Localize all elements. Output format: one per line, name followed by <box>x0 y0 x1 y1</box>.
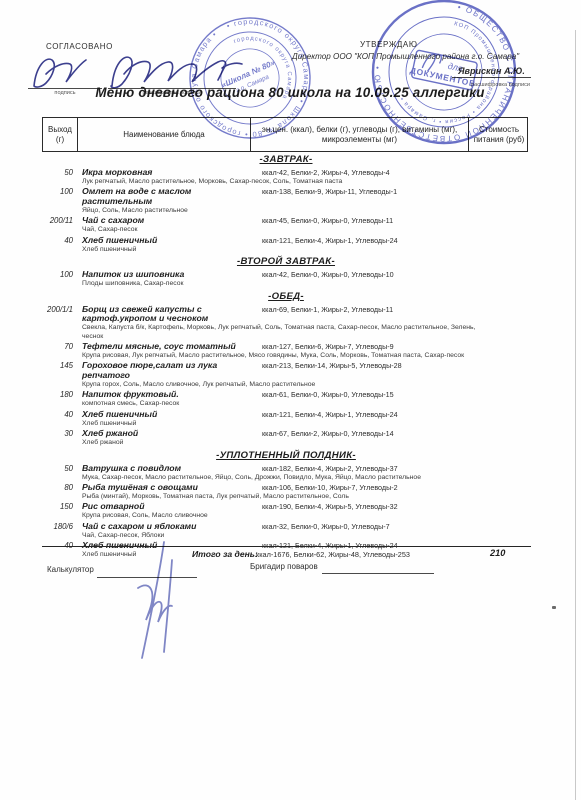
dish-nutrition: ккал-32, Белки-0, Жиры-0, Углеводы-7 <box>258 522 530 532</box>
dish-name: Борщ из свежей капусты с картоф.укропом … <box>76 305 258 325</box>
calculator-label: Калькулятор <box>47 565 94 574</box>
dish-name: Напиток из шиповника <box>76 270 258 280</box>
dish-name: Икра морковная <box>76 168 258 178</box>
dish-amount: 50 <box>42 168 76 178</box>
dish-name: Гороховое пюре,салат из лука репчатого <box>76 361 258 381</box>
dish-ingredients: Рыба (минтай), Морковь, Томатная паста, … <box>82 493 490 501</box>
dish-ingredients: Мука, Сахар-песок, Масло растительное, Я… <box>82 474 490 482</box>
dish-name: Ватрушка с повидлом <box>76 464 258 474</box>
handwritten-signature-bottom <box>120 540 200 665</box>
dish-amount: 180/6 <box>42 522 76 532</box>
scan-speck <box>552 606 556 609</box>
dish-ingredients: Свекла, Капуста б/к, Картофель, Морковь,… <box>82 324 490 341</box>
dish-amount: 30 <box>42 429 76 439</box>
dish-name: Рыба тушёная с овощами <box>76 483 258 493</box>
dish-name: Хлеб ржаной <box>76 429 258 439</box>
dish-ingredients: Яйцо, Соль, Масло растительное <box>82 207 490 215</box>
dish-name: Чай с сахаром <box>76 216 258 226</box>
doc-stamp-center-line2: ДОКУМЕНТОВ <box>409 65 477 89</box>
totals-label: Итого за день: <box>192 549 258 559</box>
dish-amount: 80 <box>42 483 76 493</box>
dish-amount: 40 <box>42 410 76 420</box>
menu-section-header: -ОБЕД- <box>42 291 530 303</box>
menu-dish-row: 70Тефтели мясные, соус томатныйккал-127,… <box>42 342 530 360</box>
dish-ingredients: компотная смесь, Сахар-песок <box>82 400 490 408</box>
dish-nutrition: ккал-61, Белки-0, Жиры-0, Углеводы-15 <box>258 390 530 400</box>
scan-paper-edge <box>575 30 576 800</box>
dish-amount: 200/1/1 <box>42 305 76 325</box>
menu-dish-row: 50Ватрушка с повидломккал-182, Белки-4, … <box>42 464 530 482</box>
menu-dish-row: 40Хлеб пшеничныйккал-121, Белки-4, Жиры-… <box>42 236 530 254</box>
dish-ingredients: Хлеб пшеничный <box>82 246 490 254</box>
chef-signature-line <box>322 573 434 574</box>
menu-dish-row: 100Омлет на воде с маслом растительнымкк… <box>42 187 530 215</box>
dish-nutrition: ккал-138, Белки-9, Жиры-11, Углеводы-1 <box>258 187 530 207</box>
dish-name: Рис отварной <box>76 502 258 512</box>
dish-amount: 200/11 <box>42 216 76 226</box>
dish-nutrition: ккал-69, Белки-1, Жиры-2, Углеводы-11 <box>258 305 530 325</box>
school-stamp-ring-text: • городского округа Самара • Школа № 80 … <box>182 10 318 146</box>
menu-dish-row: 30Хлеб ржанойккал-67, Белки-2, Жиры-0, У… <box>42 429 530 447</box>
dish-nutrition: ккал-42, Белки-2, Жиры-4, Углеводы-4 <box>258 168 530 178</box>
menu-dish-row: 150Рис отварнойккал-190, Белки-4, Жиры-5… <box>42 502 530 520</box>
totals-divider <box>42 546 531 547</box>
menu-dish-row: 200/11Чай с сахаромккал-45, Белки-0, Жир… <box>42 216 530 234</box>
dish-name: Тефтели мясные, соус томатный <box>76 342 258 352</box>
totals-row: Итого за день: ккал-1676, Белки-62, Жиры… <box>42 549 528 561</box>
dish-nutrition: ккал-121, Белки-4, Жиры-1, Углеводы-24 <box>258 236 530 246</box>
menu-dish-row: 180/6Чай с сахаром и яблокамиккал-32, Бе… <box>42 522 530 540</box>
menu-dish-row: 80Рыба тушёная с овощамиккал-106, Белки-… <box>42 483 530 501</box>
dish-ingredients: Хлеб пшеничный <box>82 420 490 428</box>
chef-label: Бригадир поваров <box>250 562 318 571</box>
menu-dish-row: 40Хлеб пшеничныйккал-121, Белки-4, Жиры-… <box>42 410 530 428</box>
dish-name: Чай с сахаром и яблоками <box>76 522 258 532</box>
school-round-stamp: • городского округа Самара • Школа № 80 … <box>182 10 318 146</box>
dish-nutrition: ккал-213, Белки-14, Жиры-5, Углеводы-28 <box>258 361 530 381</box>
dish-nutrition: ккал-182, Белки-4, Жиры-2, Углеводы-37 <box>258 464 530 474</box>
menu-dish-row: 180Напиток фруктовый.ккал-61, Белки-0, Ж… <box>42 390 530 408</box>
dish-amount: 150 <box>42 502 76 512</box>
dish-ingredients: Крупа рисовая, Соль, Масло сливочное <box>82 512 490 520</box>
dish-amount: 70 <box>42 342 76 352</box>
dish-nutrition: ккал-127, Белки-6, Жиры-7, Углеводы-9 <box>258 342 530 352</box>
scanned-menu-document: СОГЛАСОВАНО УТВЕРЖДАЮ Директор ООО "КОП … <box>0 0 581 800</box>
dish-nutrition: ккал-67, Белки-2, Жиры-0, Углеводы-14 <box>258 429 530 439</box>
menu-section-header: -ВТОРОЙ ЗАВТРАК- <box>42 256 530 268</box>
menu-section-header: -УПЛОТНЕННЫЙ ПОЛДНИК- <box>42 450 530 462</box>
doc-stamp-center-line1: для <box>447 61 464 74</box>
dish-ingredients: Лук репчатый, Масло растительное, Морков… <box>82 178 490 186</box>
svg-text:• городского округа Самара • Ш: • городского округа Самара • Школа № 80 … <box>182 10 318 146</box>
dish-nutrition: ккал-45, Белки-0, Жиры-0, Углеводы-11 <box>258 216 530 226</box>
menu-dish-row: 50Икра морковнаяккал-42, Белки-2, Жиры-4… <box>42 168 530 186</box>
dish-nutrition: ккал-190, Белки-4, Жиры-5, Углеводы-32 <box>258 502 530 512</box>
menu-dish-row: 200/1/1Борщ из свежей капусты с картоф.у… <box>42 305 530 341</box>
menu-dish-row: 145Гороховое пюре,салат из лука репчатог… <box>42 361 530 389</box>
totals-cost: 210 <box>490 548 505 558</box>
col-header-output: Выход (г) <box>43 118 78 151</box>
dish-amount: 40 <box>42 236 76 246</box>
dish-amount: 100 <box>42 270 76 280</box>
dish-name: Напиток фруктовый. <box>76 390 258 400</box>
dish-amount: 100 <box>42 187 76 207</box>
menu-body: -ЗАВТРАК-50Икра морковнаяккал-42, Белки-… <box>42 152 530 561</box>
dish-amount: 145 <box>42 361 76 381</box>
menu-section-header: -ЗАВТРАК- <box>42 154 530 166</box>
dish-amount: 180 <box>42 390 76 400</box>
dish-ingredients: Хлеб ржаной <box>82 439 490 447</box>
documents-round-stamp: • ОБЩЕСТВО С ОГРАНИЧЕННОЙ ОТВЕТСТВЕННОСТ… <box>366 0 522 150</box>
dish-name: Хлеб пшеничный <box>76 236 258 246</box>
dish-ingredients: Крупа рисовая, Лук репчатый, Масло расти… <box>82 352 490 360</box>
dish-ingredients: Крупа горох, Соль, Масло сливочное, Лук … <box>82 381 490 389</box>
dish-ingredients: Плоды шиповника, Сахар-песок <box>82 280 490 288</box>
dish-nutrition: ккал-42, Белки-0, Жиры-0, Углеводы-10 <box>258 270 530 280</box>
dish-name: Омлет на воде с маслом растительным <box>76 187 258 207</box>
dish-name: Хлеб пшеничный <box>76 410 258 420</box>
dish-nutrition: ккал-106, Белки-10, Жиры-7, Углеводы-2 <box>258 483 530 493</box>
menu-dish-row: 100Напиток из шиповникаккал-42, Белки-0,… <box>42 270 530 288</box>
dish-nutrition: ккал-121, Белки-4, Жиры-1, Углеводы-24 <box>258 410 530 420</box>
dish-ingredients: Чай, Сахар-песок <box>82 226 490 234</box>
totals-nutrition: ккал-1676, Белки-62, Жиры-48, Углеводы-2… <box>256 550 410 559</box>
dish-amount: 50 <box>42 464 76 474</box>
